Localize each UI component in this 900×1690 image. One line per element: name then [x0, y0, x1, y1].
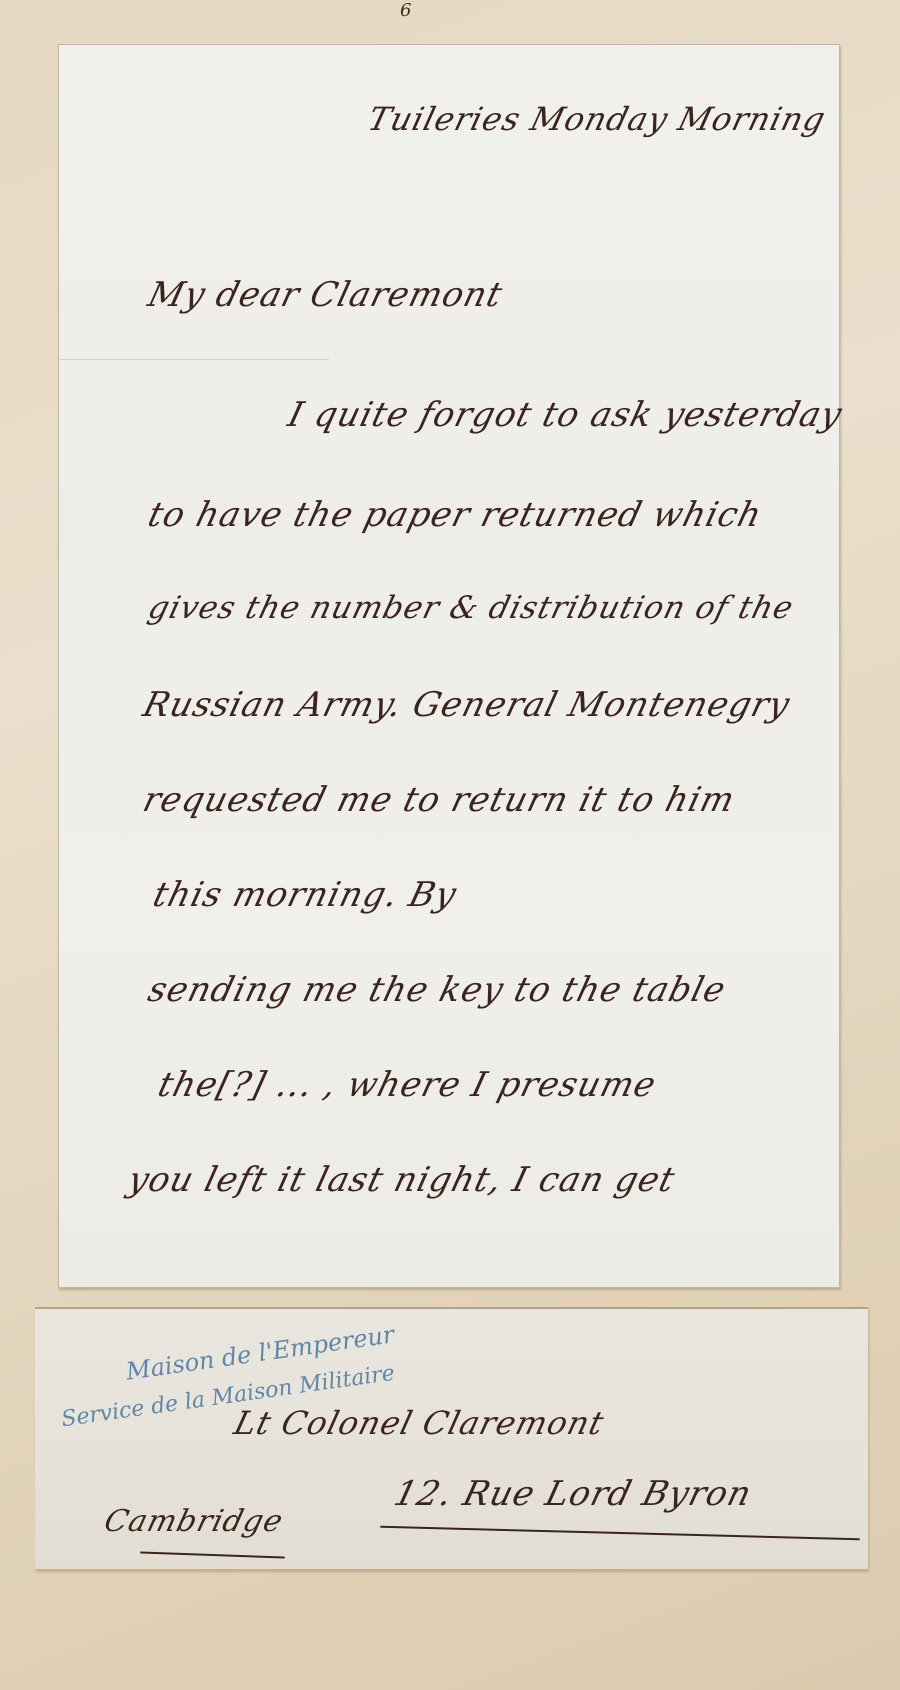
letter-line-3: gives the number & distribution of the [145, 590, 798, 626]
page-mark: 6 [400, 0, 411, 21]
envelope: Maison de l'Empereur Service de la Maiso… [35, 1307, 868, 1570]
signature-underline [140, 1551, 285, 1558]
letter-line-5: requested me to return it to him [139, 780, 739, 820]
letter-line-7: sending me the key to the table [144, 970, 730, 1010]
letter-line-1: I quite forgot to ask yesterday [284, 395, 846, 435]
address: 12. Rue Lord Byron [390, 1474, 756, 1514]
address-underline [380, 1526, 860, 1541]
addressee: Lt Colonel Claremont [230, 1404, 608, 1442]
salutation: My dear Claremont [144, 275, 507, 315]
letter-line-9: you left it last night, I can get [124, 1160, 679, 1200]
fold-crease [59, 359, 329, 360]
letter-line-8: the[?] ... , where I presume [154, 1065, 660, 1105]
letter-line-6: this morning. By [149, 875, 461, 915]
signature: Cambridge [101, 1504, 287, 1539]
letter-line-4: Russian Army. General Montenegry [139, 685, 794, 725]
letter-line-2: to have the paper returned which [144, 495, 766, 535]
dateline: Tuileries Monday Morning [364, 100, 830, 138]
letter-sheet: Tuileries Monday Morning My dear Claremo… [58, 44, 840, 1288]
